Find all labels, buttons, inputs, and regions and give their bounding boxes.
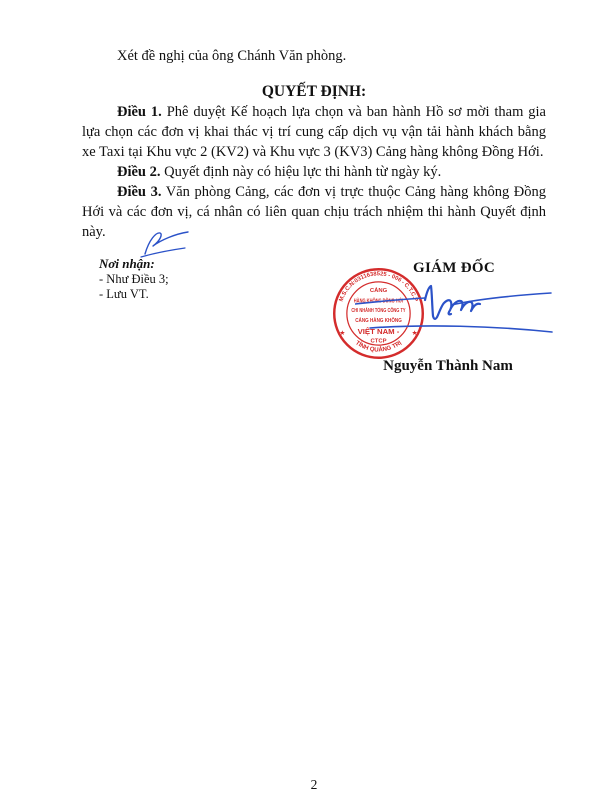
signer-name: Nguyễn Thành Nam bbox=[368, 358, 528, 375]
signature-area: Nơi nhận: - Như Điều 3; - Lưu VT. GIÁM Đ… bbox=[0, 0, 610, 420]
recipient-item-1: - Như Điều 3; bbox=[99, 272, 169, 287]
recipients-label: Nơi nhận: bbox=[99, 256, 169, 272]
recipients-block: Nơi nhận: - Như Điều 3; - Lưu VT. bbox=[99, 256, 169, 301]
stamp-star-left-icon: ★ bbox=[339, 330, 345, 337]
document-page: Xét đề nghị của ông Chánh Văn phòng. QUY… bbox=[0, 0, 610, 808]
page-number: 2 bbox=[82, 777, 546, 793]
director-signature-ink bbox=[355, 278, 555, 340]
recipient-item-2: - Lưu VT. bbox=[99, 287, 169, 302]
